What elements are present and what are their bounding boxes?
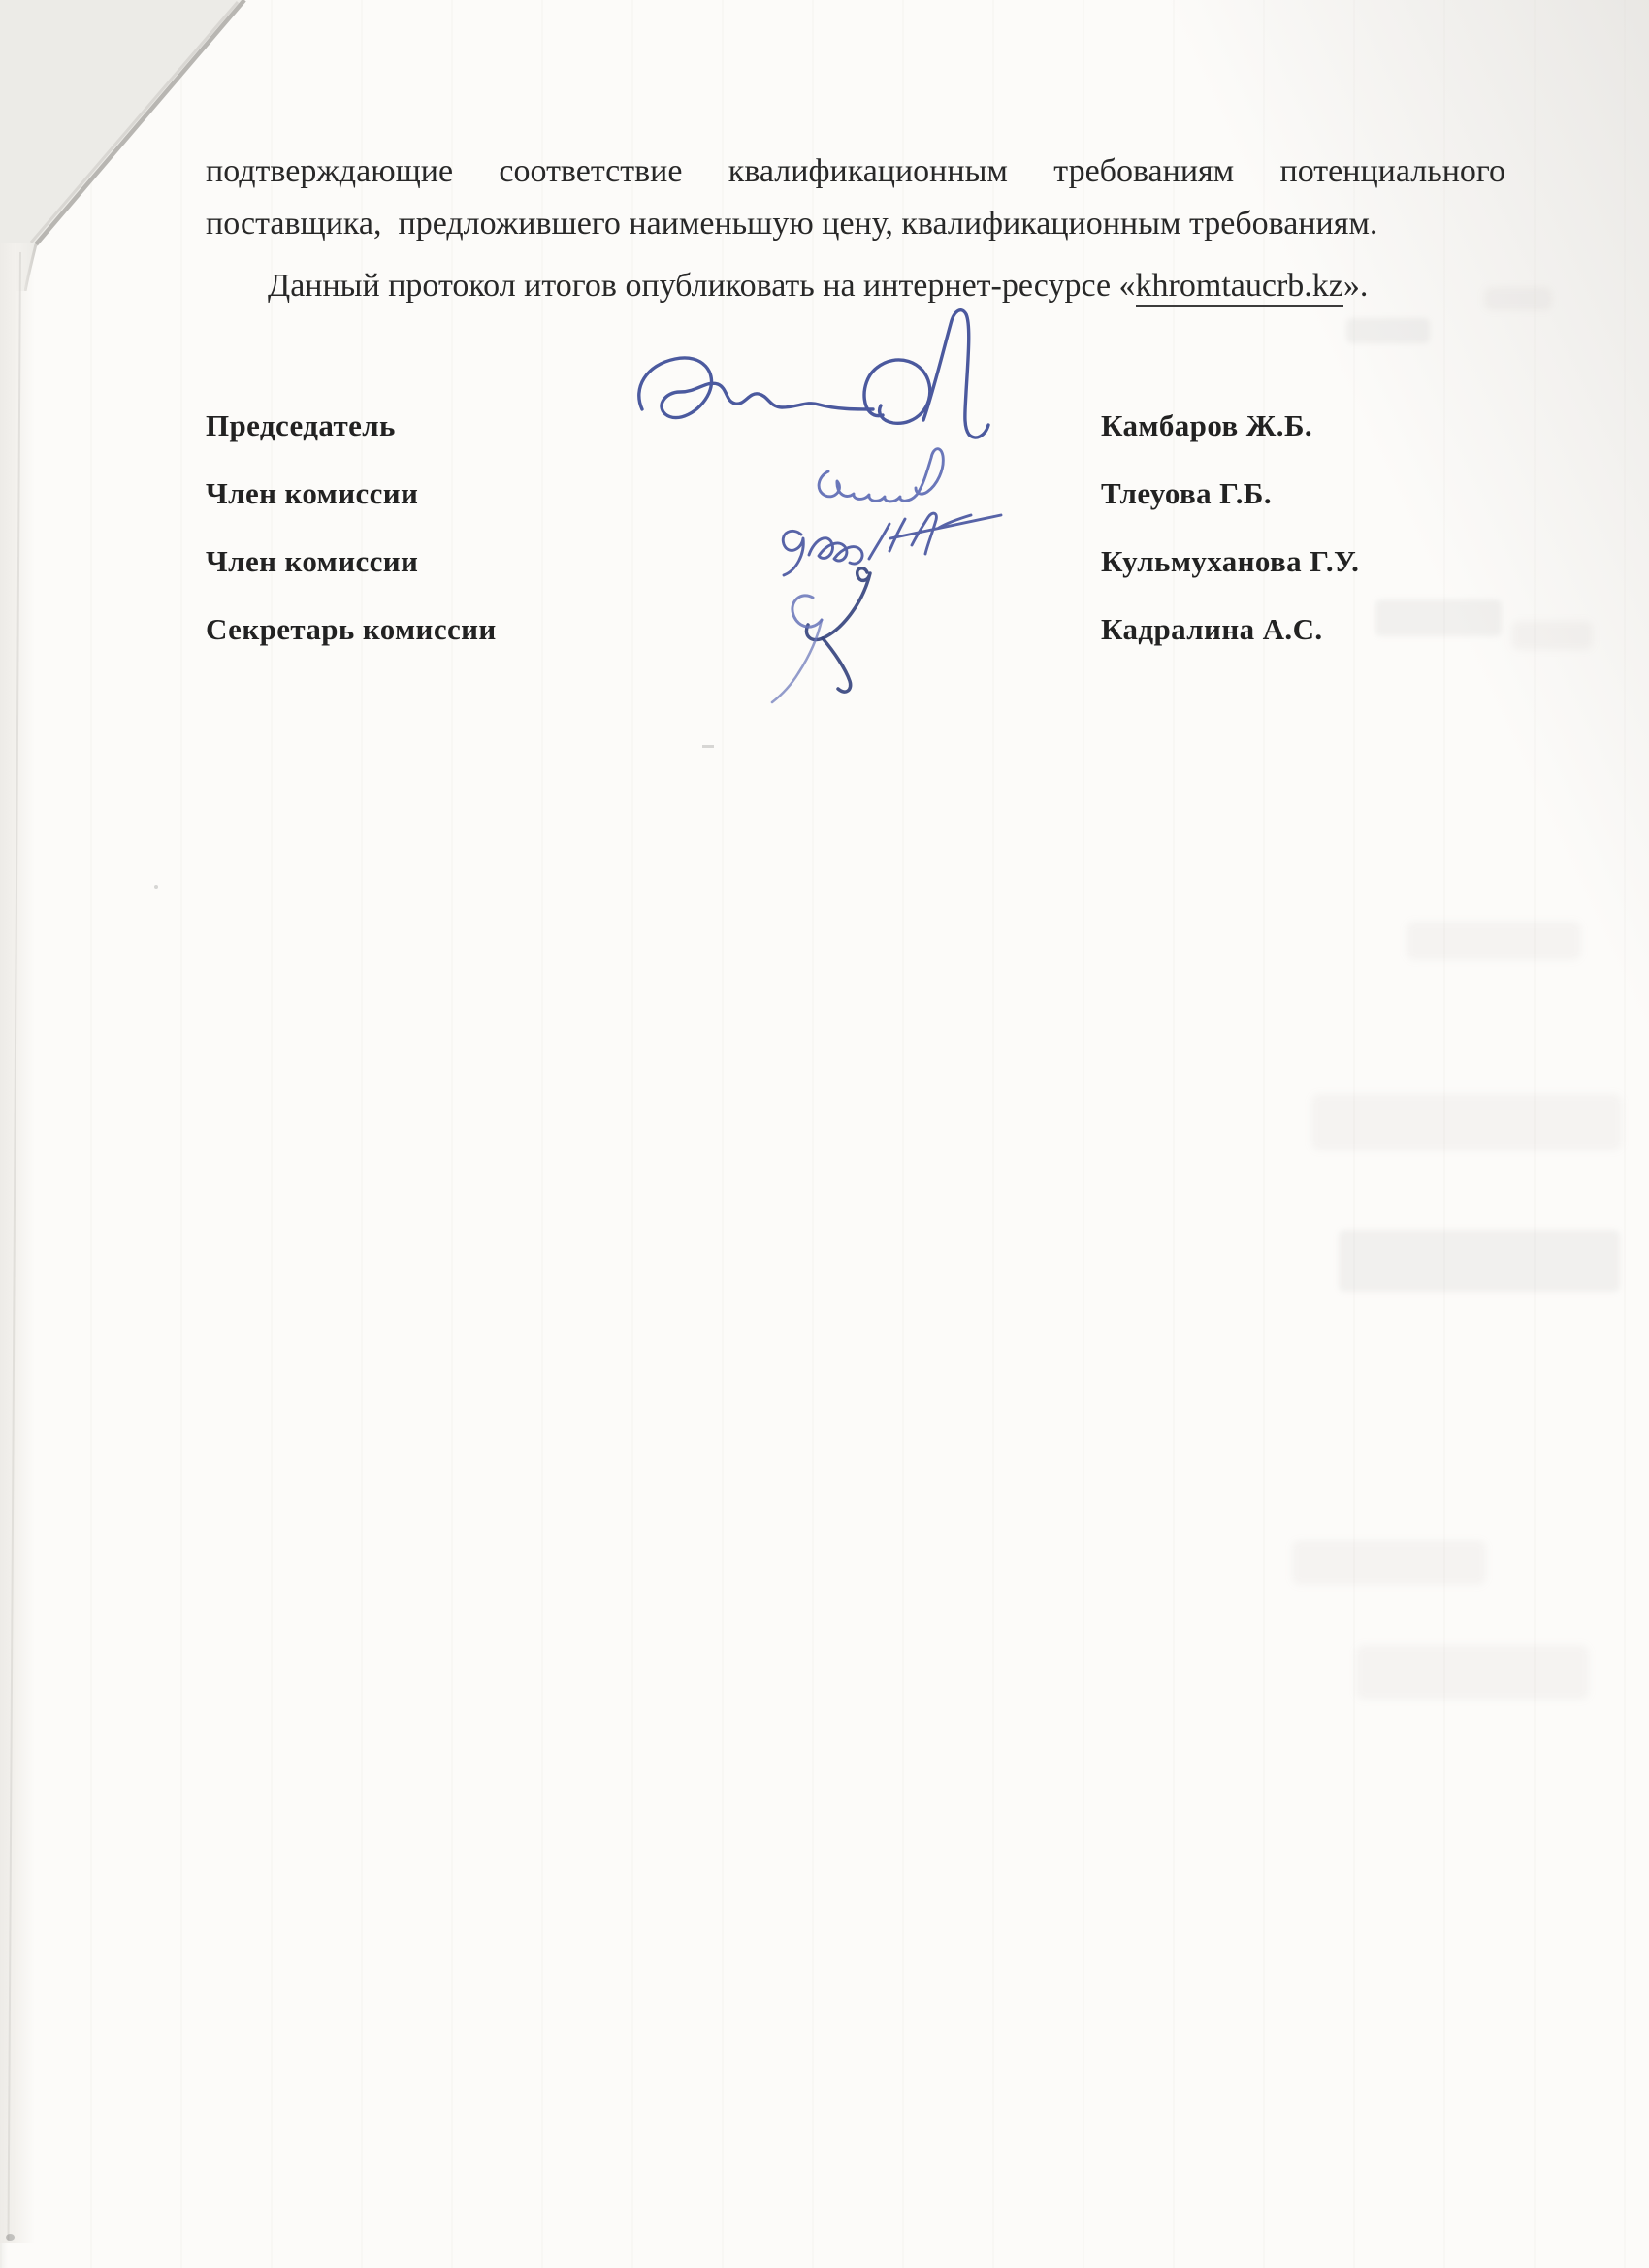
signatory-role: Председатель [206,408,396,443]
signatory-role: Член комиссии [206,544,418,579]
scan-noise [1311,1094,1622,1150]
signatory-name: Камбаров Ж.Б. [1101,408,1312,443]
signatory-role: Секретарь комиссии [206,612,497,647]
signature-member-1 [819,449,943,502]
signature-secretary [772,568,870,702]
signatory-role: Член комиссии [206,476,418,511]
scan-noise [1339,1230,1620,1292]
signature-chairman [639,310,988,437]
signature-member-2 [783,513,1001,575]
scan-noise [1346,318,1430,343]
paragraph-line-2: поставщика, предложившего наименьшую цен… [206,198,1505,250]
scanner-edge-band [0,243,41,2243]
scan-noise [1406,922,1581,960]
signatory-name: Кульмуханова Г.У. [1101,544,1359,579]
website-link-text: khromtaucrb.kz [1136,268,1343,307]
scan-speck [154,885,158,889]
paragraph-line-1: подтверждающие соответствие квалификацио… [206,146,1505,198]
signatory-name: Тлеуова Г.Б. [1101,476,1272,511]
signatory-name: Кадралина А.С. [1101,612,1323,647]
scanned-page: подтверждающие соответствие квалификацио… [0,0,1649,2268]
scan-noise [1511,621,1593,650]
scan-noise [1292,1540,1486,1585]
paragraph-qualification: подтверждающие соответствие квалификацио… [206,146,1505,250]
publish-text-suffix: ». [1343,268,1369,304]
scan-noise [1356,1645,1589,1700]
handwritten-signatures [582,291,1067,757]
